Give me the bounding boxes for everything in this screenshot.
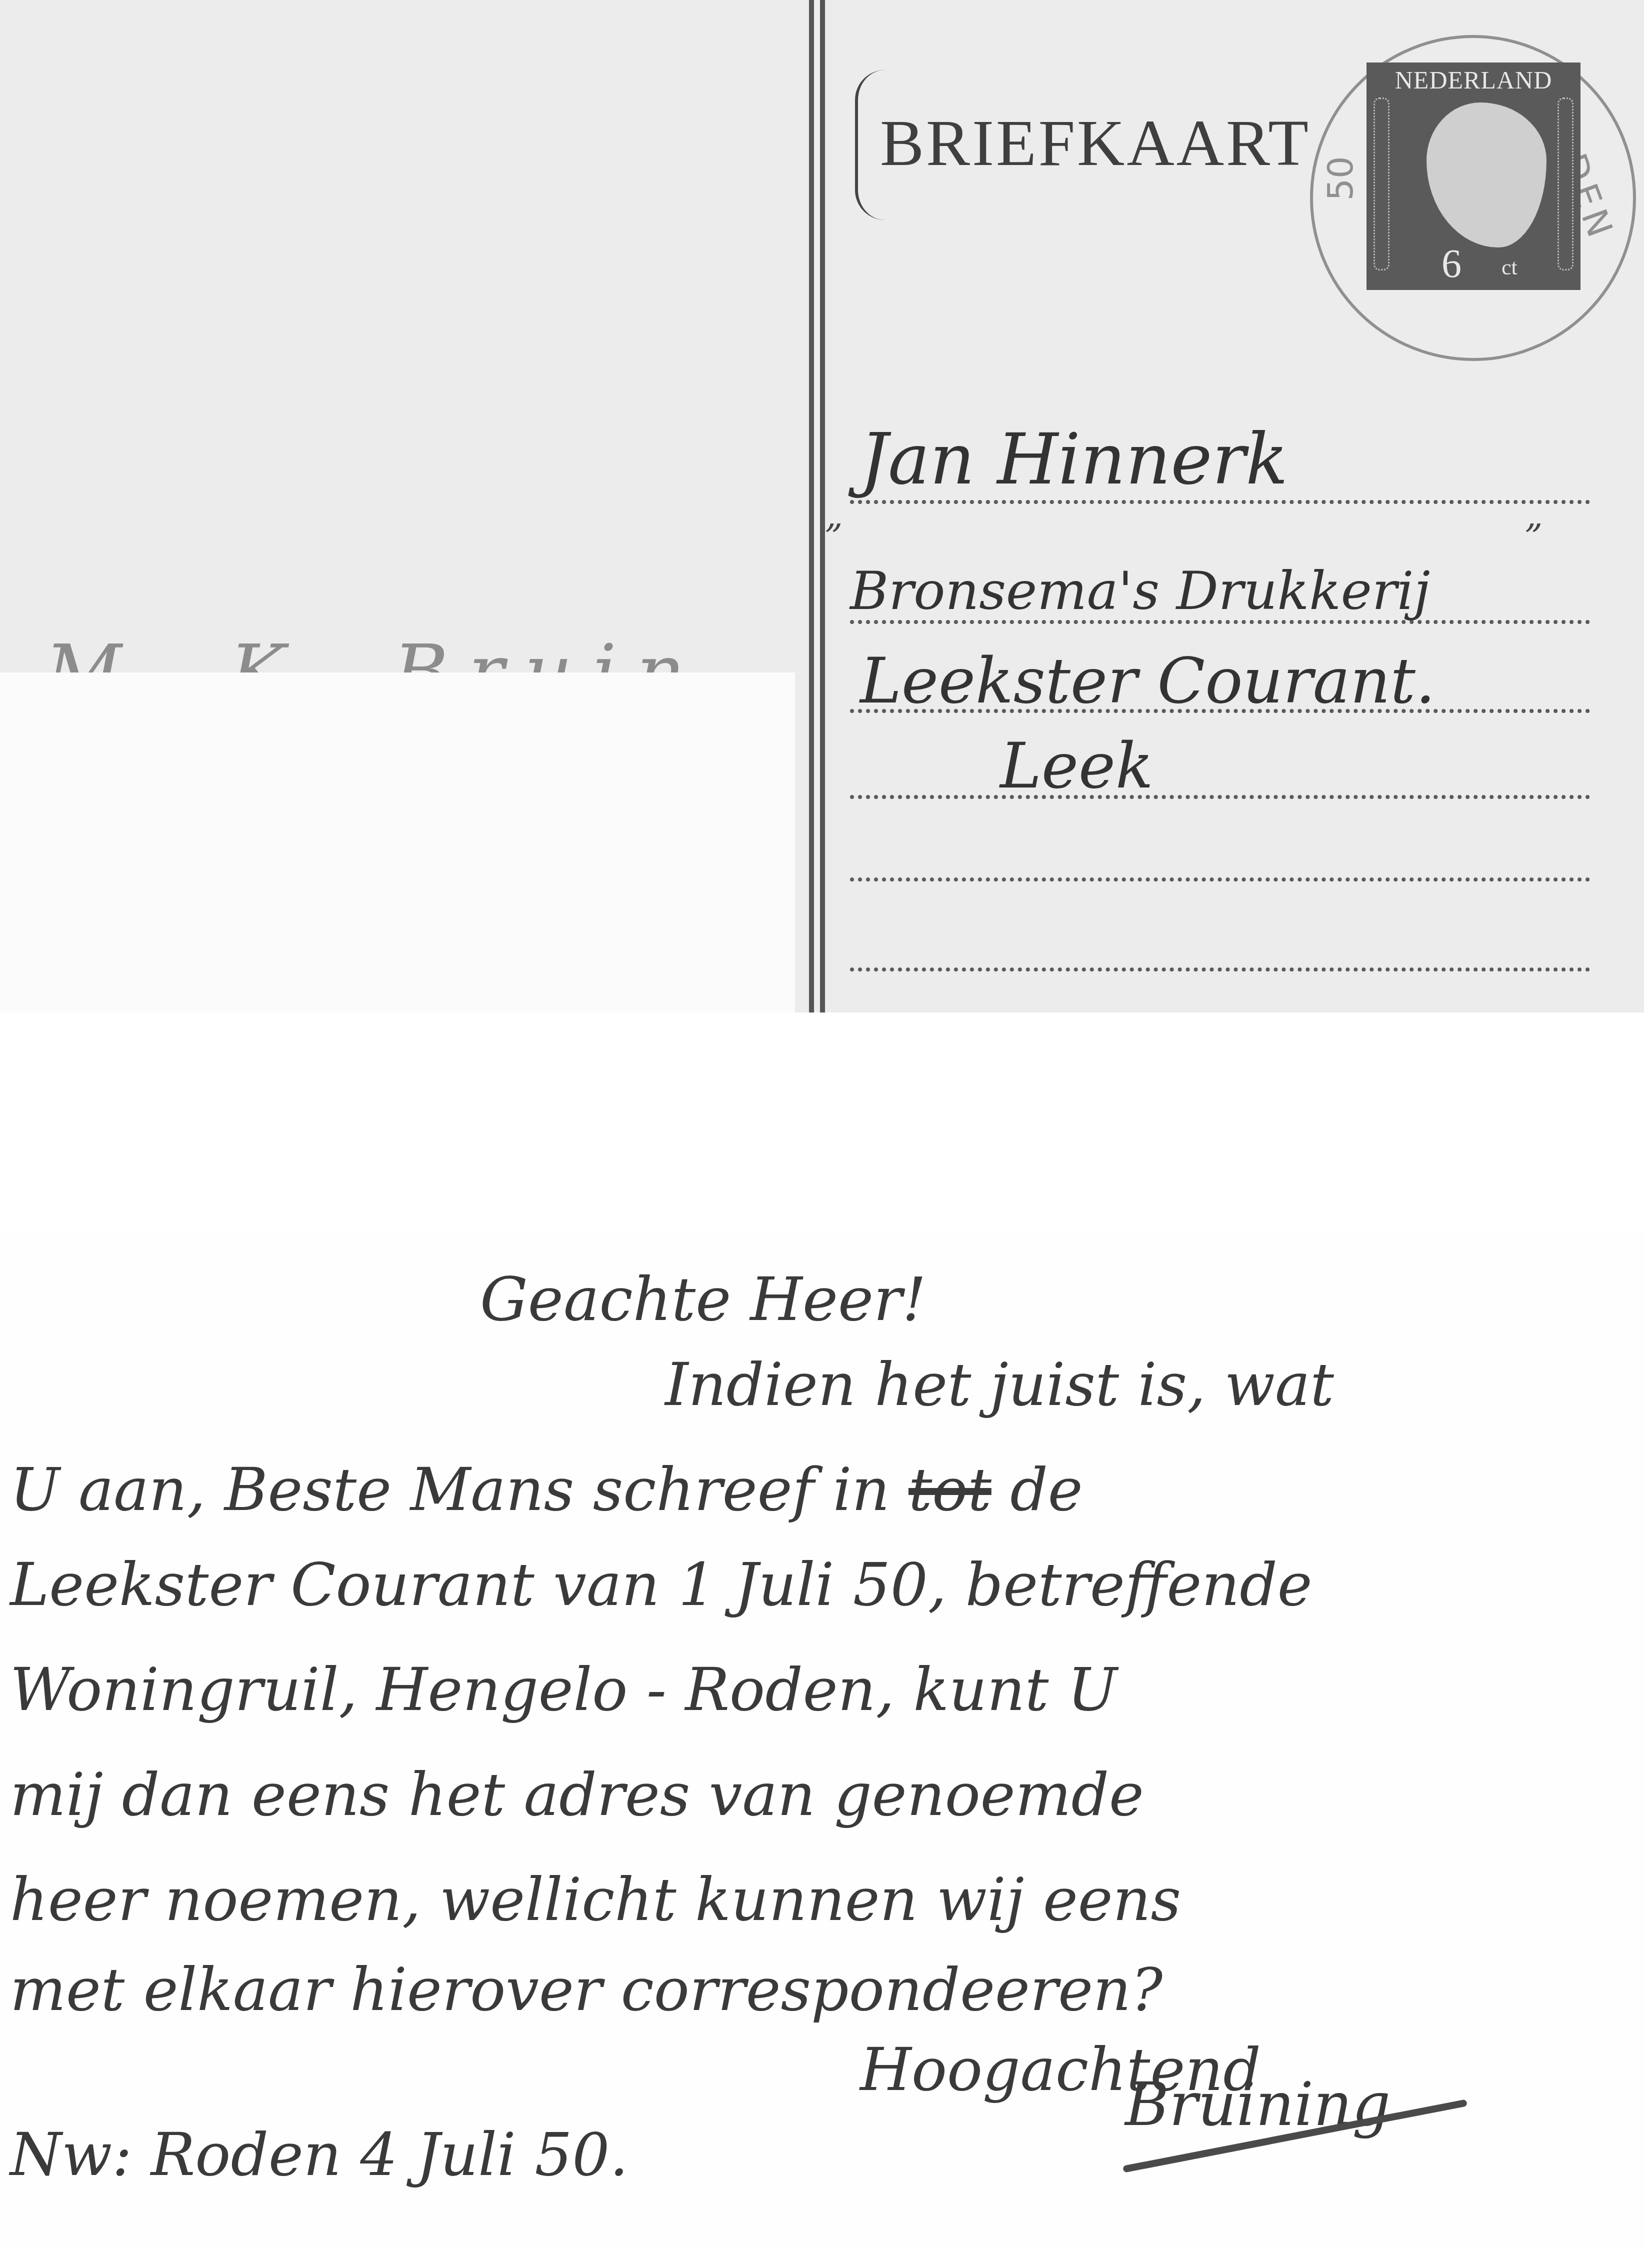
letter-line: Leekster Courant van 1 Juli 50, betreffe… bbox=[10, 1555, 1312, 1614]
divider-rule bbox=[820, 0, 825, 1012]
stamp-ornament-icon bbox=[1373, 97, 1389, 270]
letter-line: Indien het juist is, wat bbox=[665, 1355, 1334, 1414]
postmark-date: 50 bbox=[1320, 156, 1361, 200]
postage-stamp: NEDERLAND 6 ct bbox=[1366, 62, 1580, 290]
address-line bbox=[850, 877, 1590, 881]
postcard-front: M. K. Bruin BRIEFKAART RODEN 50 NEDERLAN… bbox=[0, 0, 1644, 1012]
stamp-ornament-icon bbox=[1557, 97, 1573, 270]
stamp-country: NEDERLAND bbox=[1366, 65, 1580, 94]
address-city: Leek bbox=[1000, 735, 1153, 797]
overlay-paper-sheet bbox=[0, 672, 795, 1012]
address-line bbox=[850, 500, 1590, 504]
letter-place-date: Nw: Roden 4 Juli 50. bbox=[10, 2125, 628, 2184]
letter-line: U aan, Beste Mans schreef in tot de bbox=[10, 1460, 1083, 1519]
letter-line: heer noemen, wellicht kunnen wij eens bbox=[10, 1870, 1181, 1929]
stamp-currency: ct bbox=[1501, 254, 1517, 280]
queen-portrait-icon bbox=[1426, 102, 1546, 247]
addressee-name: Jan Hinnerk bbox=[860, 425, 1288, 495]
quote-mark: „ bbox=[825, 495, 843, 536]
quote-mark: „ bbox=[1525, 495, 1543, 536]
letter-line: met elkaar hierover correspondeeren? bbox=[10, 1960, 1162, 2019]
address-line bbox=[850, 795, 1590, 799]
struck-word: tot bbox=[908, 1455, 991, 1524]
letter-line: mij dan eens het adres van genoemde bbox=[10, 1765, 1144, 1824]
letter-salutation: Geachte Heer! bbox=[480, 1270, 926, 1330]
address-line bbox=[850, 967, 1590, 971]
faint-handwriting: M. K. Bruin bbox=[45, 622, 705, 672]
address-newspaper: Leekster Courant. bbox=[860, 650, 1435, 712]
stamp-value: 6 bbox=[1441, 241, 1461, 287]
letter-line: Woningruil, Hengelo - Roden, kunt U bbox=[10, 1660, 1117, 1719]
address-company: Bronsema's Drukkerij bbox=[850, 565, 1430, 617]
divider-rule bbox=[809, 0, 814, 1012]
